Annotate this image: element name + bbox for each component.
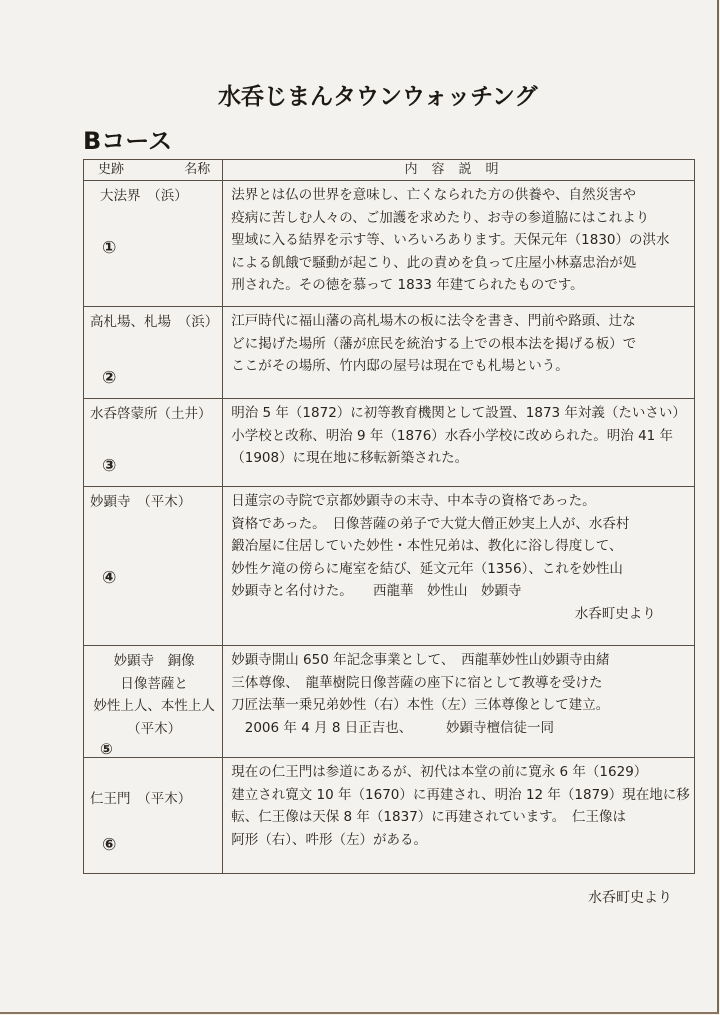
table-row: 仁王門 （平木） ⑥ 現在の仁王門は参道にあるが、初代は本堂の前に寛永 6 年（… [84, 758, 695, 874]
site-name: 妙顕寺 （平木） [90, 494, 191, 510]
table-row: 妙顕寺 （平木） ④ 日蓮宗の寺院で京都妙顕寺の末寺、中本寺の資格であった。 資… [84, 487, 695, 646]
description-line: 刑された。その徳を慕って 1833 年建てられたものです。 [231, 274, 690, 297]
site-name-line: 日像菩薩と [90, 673, 218, 696]
description-line: 江戸時代に福山藩の高札場木の板に法令を書き、門前や路頭、辻な [231, 310, 690, 333]
header-site-name: 史跡 名称 [84, 160, 223, 181]
table-row: 水呑啓蒙所（土井） ③ 明治 5 年（1872）に初等教育機関として設置、187… [84, 399, 695, 487]
description-line: （1908）に現在地に移転新築された。 [231, 447, 690, 470]
description-line: 資格であった。 日像菩薩の弟子で大覚大僧正妙実上人が、水呑村 [231, 513, 690, 536]
description-line: 現在の仁王門は参道にあるが、初代は本堂の前に寛永 6 年（1629） [231, 761, 690, 784]
site-description-cell: 法界とは仏の世界を意味し、亡くなられた方の供養や、自然災害や 疫病に苦しむ人々の… [223, 181, 695, 307]
description-line: 妙顕寺と名付けた。 西龍華 妙性山 妙顕寺 [231, 580, 690, 603]
table-header-row: 史跡 名称 内容説明 [84, 160, 695, 181]
header-site-label: 史跡 [98, 160, 124, 180]
site-description-cell: 現在の仁王門は参道にあるが、初代は本堂の前に寛永 6 年（1629） 建立され寛… [223, 758, 695, 874]
description-line: 転、仁王像は天保 8 年（1837）に再建されています。 仁王像は [231, 806, 690, 829]
site-name-cell: 大法界 （浜） ① [84, 181, 223, 307]
site-name-cell: 妙顕寺 （平木） ④ [84, 487, 223, 646]
course-heading: Bコース [83, 121, 172, 156]
description-line: 法界とは仏の世界を意味し、亡くなられた方の供養や、自然災害や [231, 184, 690, 207]
site-name-line: 妙顕寺 銅像 [90, 650, 218, 673]
page-title: 水呑じまんタウンウォッチング [218, 78, 578, 111]
page-border-right [717, 0, 719, 1014]
site-name-cell: 仁王門 （平木） ⑥ [84, 758, 223, 874]
site-name: 仁王門 （平木） [90, 788, 218, 811]
site-number: ① [102, 237, 116, 260]
description-line: 刀匠法華一乗兄弟妙性（右）本性（左）三体尊像として建立。 [231, 694, 690, 717]
site-name-line: 妙性上人、本性上人 [90, 695, 218, 718]
historic-sites-table: 史跡 名称 内容説明 大法界 （浜） ① 法界とは仏の世界を意味し、亡くなられた… [83, 159, 695, 874]
description-line: 明治 5 年（1872）に初等教育機関として設置、1873 年対義（たいさい） [231, 402, 690, 425]
description-line: 小学校と改称、明治 9 年（1876）水呑小学校に改められた。明治 41 年 [231, 425, 690, 448]
header-name-label: 名称 [184, 160, 210, 180]
description-line: による飢餓で騒動が起こり、此の責めを負って庄屋小林嘉忠治が処 [231, 252, 690, 275]
site-description-cell: 日蓮宗の寺院で京都妙顕寺の末寺、中本寺の資格であった。 資格であった。 日像菩薩… [223, 487, 695, 646]
description-line: 妙性ケ滝の傍らに庵室を結び、延文元年（1356）、これを妙性山 [231, 558, 690, 581]
description-line: ここがその場所、竹内邸の屋号は現在でも札場という。 [231, 355, 690, 378]
description-line: 阿形（右）、吽形（左）がある。 [231, 829, 690, 852]
site-number: ③ [102, 455, 116, 478]
description-line: 三体尊像、 龍華樹院日像菩薩の座下に宿として教導を受けた [231, 672, 690, 695]
site-description-cell: 江戸時代に福山藩の高札場木の板に法令を書き、門前や路頭、辻な どに掲げた場所（藩… [223, 307, 695, 399]
table-row: 大法界 （浜） ① 法界とは仏の世界を意味し、亡くなられた方の供養や、自然災害や… [84, 181, 695, 307]
site-number: ⑥ [102, 834, 116, 857]
site-name-cell: 妙顕寺 銅像 日像菩薩と 妙性上人、本性上人 （平木） ⑤ [84, 646, 223, 758]
site-number: ② [102, 367, 116, 390]
site-name-line: （平木） [90, 718, 218, 741]
description-line: 建立され寛文 10 年（1670）に再建され、明治 12 年（1879）現在地に… [231, 784, 690, 807]
description-line: 日蓮宗の寺院で京都妙顕寺の末寺、中本寺の資格であった。 [231, 490, 690, 513]
page-border-bottom [0, 1012, 719, 1014]
site-name-cell: 高札場、札場 （浜） ② [84, 307, 223, 399]
table-row: 高札場、札場 （浜） ② 江戸時代に福山藩の高札場木の板に法令を書き、門前や路頭… [84, 307, 695, 399]
site-name: 水呑啓蒙所（土井） [90, 406, 212, 422]
site-description-cell: 明治 5 年（1872）に初等教育機関として設置、1873 年対義（たいさい） … [223, 399, 695, 487]
site-description-cell: 妙顕寺開山 650 年記念事業として、 西龍華妙性山妙顕寺由緒 三体尊像、 龍華… [223, 646, 695, 758]
source-note: 水呑町史より [231, 603, 690, 626]
footer-source-note: 水呑町史より [588, 887, 672, 907]
header-description: 内容説明 [223, 160, 695, 181]
description-line: どに掲げた場所（藩が庶民を統治する上での根本法を掲げる板）で [231, 333, 690, 356]
header-description-label: 内容説明 [223, 160, 694, 180]
site-number: ④ [102, 567, 116, 590]
table-row: 妙顕寺 銅像 日像菩薩と 妙性上人、本性上人 （平木） ⑤ 妙顕寺開山 650 … [84, 646, 695, 758]
description-line: 2006 年 4 月 8 日正吉也、 妙顕寺檀信徒一同 [231, 717, 690, 740]
site-name-cell: 水呑啓蒙所（土井） ③ [84, 399, 223, 487]
description-line: 聖域に入る結界を示す等、いろいろあります。天保元年（1830）の洪水 [231, 229, 690, 252]
description-line: 妙顕寺開山 650 年記念事業として、 西龍華妙性山妙顕寺由緒 [231, 649, 690, 672]
site-name: 高札場、札場 （浜） [90, 314, 218, 330]
description-line: 疫病に苦しむ人々の、ご加護を求めたり、お寺の参道脇にはこれより [231, 207, 690, 230]
site-name: 大法界 （浜） [90, 188, 188, 204]
description-line: 鍛冶屋に住居していた妙性・本性兄弟は、教化に浴し得度して、 [231, 535, 690, 558]
